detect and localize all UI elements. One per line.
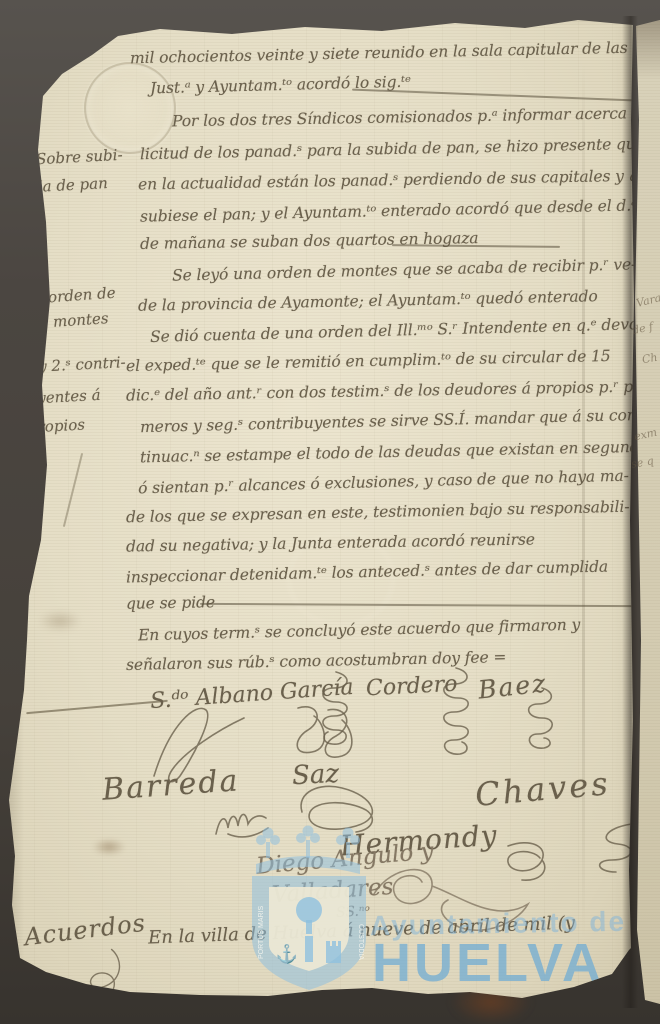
manuscript-line: de la provincia de Ayamonte; el Ayuntam.… [138, 287, 598, 315]
archive-photo: Vara de f Ch exm se q Sobre subi- da de … [0, 0, 660, 1024]
margin-flourish-stroke [26, 700, 168, 714]
svg-text:CUSTODIA: CUSTODIA [357, 924, 364, 960]
manuscript-line: tinuac.ⁿ se estampe el todo de las deuda… [140, 438, 649, 467]
rubric-flourish [78, 946, 140, 996]
manuscript-line: de mañana se suban dos quartos en hogaza [140, 229, 479, 253]
margin-mark [63, 453, 83, 527]
margin-note: 1.ˢ y 2.ˢ contri- [14, 353, 126, 377]
signature: Chaves [474, 764, 612, 814]
manuscript-line: mil ochocientos veinte y siete reunido e… [130, 39, 628, 67]
manuscript-line: de los que se expresan en este, testimon… [126, 498, 630, 527]
footer-word: Acuerdos [23, 909, 148, 952]
svg-text:PORTUS MARIS: PORTUS MARIS [258, 906, 265, 959]
manuscript-page: Sobre subi- da de pan orden de montes 1.… [0, 0, 660, 1024]
margin-note: propios [28, 416, 86, 437]
margin-note: montes [52, 309, 109, 331]
rubric-flourish [148, 700, 248, 785]
manuscript-line: dad su negativa; y la Junta enterada aco… [126, 530, 535, 555]
side-page-fragment: Ch [641, 351, 659, 366]
ink-rule [352, 89, 636, 101]
manuscript-line: Por los dos tres Síndicos comisionados p… [172, 104, 660, 131]
manuscript-line: el exped.ᵗᵉ que se le remitió en cumplim… [126, 347, 611, 375]
embossed-seal [84, 62, 176, 154]
ink-stain [92, 838, 126, 856]
svg-text:⚓: ⚓ [276, 943, 298, 965]
ink-stain [38, 610, 82, 632]
ink-stain [56, 44, 82, 62]
margin-note: orden de [47, 284, 116, 307]
rubric-flourish [436, 664, 476, 769]
page-fold-shadow [622, 16, 638, 1008]
rubric-flourish [284, 700, 364, 775]
manuscript-line: en la actualidad están los panad.ˢ perdi… [138, 166, 658, 193]
margin-note: buyentes á [18, 386, 101, 408]
margin-note: da de pan [33, 174, 109, 196]
rubric-flourish [520, 684, 560, 759]
ink-rule [200, 603, 632, 607]
margin-note: Sobre subi- [36, 146, 123, 169]
manuscript-line: meros y seg.ˢ contribuyentes se sirve SS… [140, 406, 642, 436]
watermark-city-text: HUELVA [372, 932, 604, 994]
manuscript-line: licitud de los panad.ˢ para la subida de… [140, 135, 645, 164]
manuscript-line: dic.ᵉ del año ant.ʳ con dos testim.ˢ de … [126, 377, 651, 404]
manuscript-line: Just.ᵃ y Ayuntam.ᵗᵒ acordó lo sig.ᵗᵉ [150, 73, 411, 98]
manuscript-line: ó sientan p.ʳ alcances ó exclusiones, y … [138, 467, 629, 498]
manuscript-line: subiese el pan; y el Ayuntam.ᵗᵒ enterado… [140, 196, 637, 225]
coat-of-arms-watermark: ⚓ PORTUS MARIS CUSTODIA [242, 824, 376, 999]
manuscript-line: Se leyó una orden de montes que se acaba… [172, 255, 637, 284]
